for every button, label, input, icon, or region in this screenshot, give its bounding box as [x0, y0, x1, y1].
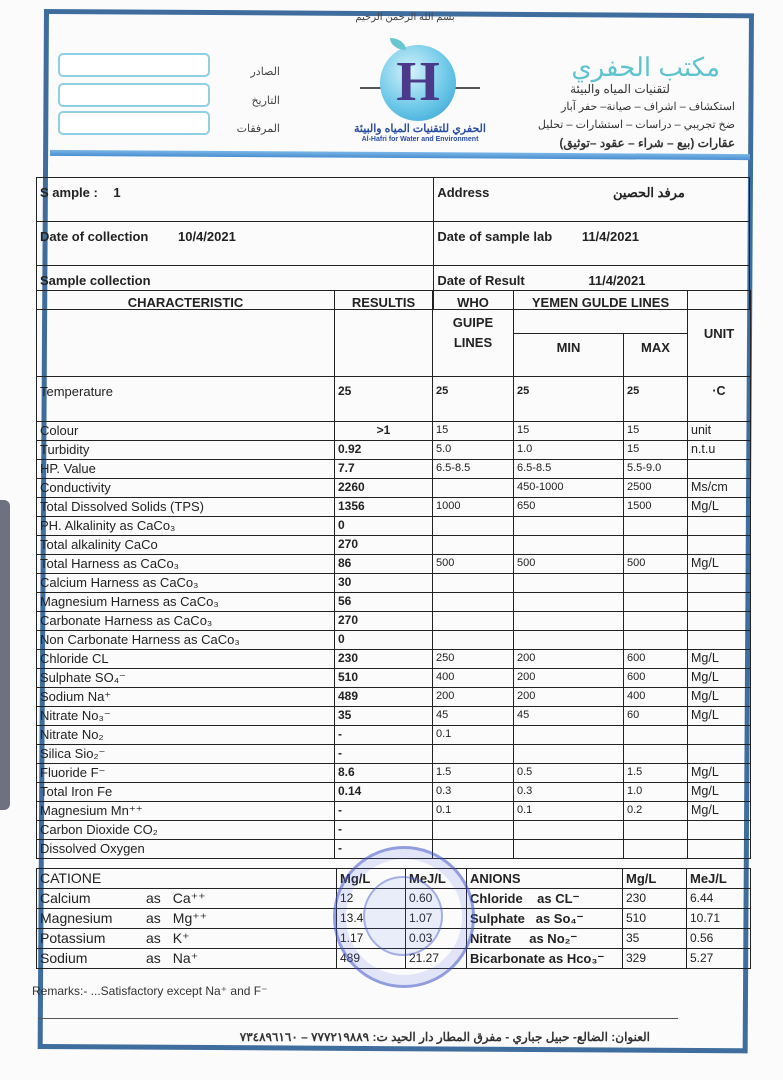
result-cell: 8.6	[335, 764, 433, 783]
yemen-max-cell: 1.0	[624, 783, 688, 802]
anion-mgl-header: Mg/L	[623, 869, 687, 889]
unit-cell	[688, 821, 751, 840]
result-cell: -	[335, 840, 433, 859]
unit-cell: Mg/L	[688, 783, 751, 802]
yemen-min-cell	[514, 745, 624, 764]
collection-date-cell: Date of collection 10/4/2021	[37, 222, 434, 266]
result-cell: 30	[335, 574, 433, 593]
cation-mejl-cell: 21.27	[406, 949, 467, 969]
yemen-min-cell	[514, 840, 624, 859]
characteristic-cell: HP. Value	[37, 460, 335, 479]
who-limit-cell: 6.5-8.5	[433, 460, 514, 479]
yemen-min-cell: 200	[514, 669, 624, 688]
result-cell: 56	[335, 593, 433, 612]
analysis-row: Non Carbonate Harness as CaCo₃0	[37, 631, 751, 650]
characteristic-cell: Sulphate SO₄⁻	[37, 669, 335, 688]
characteristic-cell: Carbon Dioxide CO₂	[37, 821, 335, 840]
cation-ion: Ca⁺⁺	[173, 889, 206, 908]
cation-ion: Mg⁺⁺	[173, 909, 207, 928]
outgoing-field[interactable]	[58, 53, 210, 77]
who-limit-cell: 0.3	[433, 783, 514, 802]
yemen-min-cell: 6.5-8.5	[514, 460, 624, 479]
characteristic-cell: Non Carbonate Harness as CaCo₃	[37, 631, 335, 650]
cation-header: CATIONE	[37, 869, 337, 889]
unit-cell	[688, 517, 751, 536]
yemen-min-cell: 0.5	[514, 764, 624, 783]
result-cell: -	[335, 821, 433, 840]
analysis-row: Calcium Harness as CaCo₃30	[37, 574, 751, 593]
anion-mejl-cell: 5.27	[687, 949, 751, 969]
analysis-row: Temperature25252525·C	[37, 377, 751, 422]
result-cell: 230	[335, 650, 433, 669]
unit-cell	[688, 574, 751, 593]
yemen-max-cell: 1.5	[624, 764, 688, 783]
anion-mgl-cell: 230	[623, 889, 687, 909]
sample-collection-label: Sample collection	[40, 273, 151, 288]
brand-subtitle: لتقنيات المياه والبيئة	[540, 82, 700, 96]
header-min: MIN	[514, 334, 624, 377]
result-cell: 35	[335, 707, 433, 726]
lab-date-label: Date of sample lab	[437, 229, 552, 244]
characteristic-cell: Magnesium Harness as CaCo₃	[37, 593, 335, 612]
ion-header-row: CATIONE Mg/L MeJ/L ANIONS Mg/L MeJ/L	[37, 869, 751, 889]
analysis-row: Magnesium Mn⁺⁺-0.10.10.2Mg/L	[37, 802, 751, 821]
result-cell: 489	[335, 688, 433, 707]
analysis-row: HP. Value7.76.5-8.56.5-8.55.5-9.0	[37, 460, 751, 479]
unit-cell	[688, 726, 751, 745]
services-line-3: عقارات (بيع – شراء – عقود –توثيق)	[530, 136, 735, 150]
header-who: WHO GUIPE LINES	[433, 291, 514, 377]
yemen-min-cell: 45	[514, 707, 624, 726]
analysis-row: PH. Alkalinity as CaCo₃0	[37, 517, 751, 536]
yemen-min-cell	[514, 631, 624, 650]
header-unit: UNIT	[688, 291, 751, 377]
characteristic-cell: Total alkalinity CaCo	[37, 536, 335, 555]
sample-cell: S ample : 1	[37, 178, 434, 222]
basmala: بسم الله الرحمن الرحيم	[355, 12, 455, 23]
who-limit-cell	[433, 479, 514, 498]
attachments-label: المرفقات	[220, 122, 280, 135]
unit-cell: Mg/L	[688, 498, 751, 517]
anion-mejl-header: MeJ/L	[687, 869, 751, 889]
analysis-row: Chloride CL230250200600Mg/L	[37, 650, 751, 669]
yemen-max-cell: 400	[624, 688, 688, 707]
who-limit-cell	[433, 840, 514, 859]
cation-mgl-header: Mg/L	[337, 869, 406, 889]
who-limit-cell	[433, 745, 514, 764]
cation-name: Sodium	[40, 949, 132, 968]
result-cell: 270	[335, 612, 433, 631]
address-cell: Address مرفد الحصين	[434, 178, 750, 222]
result-cell: 86	[335, 555, 433, 574]
cation-mejl-cell: 0.03	[406, 929, 467, 949]
result-cell: -	[335, 745, 433, 764]
yemen-min-cell: 500	[514, 555, 624, 574]
unit-cell	[688, 593, 751, 612]
unit-cell: Mg/L	[688, 707, 751, 726]
unit-cell: Mg/L	[688, 669, 751, 688]
analysis-row: Carbonate Harness as CaCo₃270	[37, 612, 751, 631]
yemen-min-cell: 25	[514, 377, 624, 422]
address-label: Address	[437, 185, 489, 200]
result-cell: 25	[335, 377, 433, 422]
anion-cell: Chloride as CL⁻	[467, 889, 623, 909]
yemen-min-cell	[514, 593, 624, 612]
yemen-min-cell: 450-1000	[514, 479, 624, 498]
lab-date-value: 11/4/2021	[582, 229, 639, 244]
yemen-max-cell	[624, 745, 688, 764]
attachments-field[interactable]	[58, 111, 210, 135]
who-limit-cell	[433, 574, 514, 593]
cation-name: Magnesium	[40, 909, 132, 928]
analysis-row: Magnesium Harness as CaCo₃56	[37, 593, 751, 612]
yemen-min-cell: 0.1	[514, 802, 624, 821]
who-limit-cell: 200	[433, 688, 514, 707]
outgoing-label: الصادر	[220, 65, 280, 78]
header-characteristic: CHARACTERISTIC	[37, 291, 335, 377]
result-cell: 0	[335, 517, 433, 536]
ion-balance-table: CATIONE Mg/L MeJ/L ANIONS Mg/L MeJ/L Cal…	[36, 868, 751, 969]
analysis-row: Dissolved Oxygen-	[37, 840, 751, 859]
characteristic-cell: Temperature	[37, 377, 335, 422]
unit-cell: n.t.u	[688, 441, 751, 460]
characteristic-cell: Nitrate No₂	[37, 726, 335, 745]
cation-as: as	[146, 949, 161, 968]
yemen-min-cell	[514, 574, 624, 593]
result-cell: 0.14	[335, 783, 433, 802]
cation-mgl-cell: 489	[337, 949, 406, 969]
yemen-min-cell: 650	[514, 498, 624, 517]
services-line-2: ضخ تجريبي – دراسات – استشارات – تحليل	[530, 118, 735, 131]
header-yemen: YEMEN GULDE LINES	[514, 291, 688, 334]
result-cell: 510	[335, 669, 433, 688]
characteristic-cell: Fluoride F⁻	[37, 764, 335, 783]
cation-as: as	[146, 929, 161, 948]
yemen-max-cell: 600	[624, 669, 688, 688]
characteristic-cell: Conductivity	[37, 479, 335, 498]
characteristic-cell: Silica Sio₂⁻	[37, 745, 335, 764]
collection-date-label: Date of collection	[40, 229, 148, 244]
anion-mejl-cell: 10.71	[687, 909, 751, 929]
who-limit-cell: 0.1	[433, 726, 514, 745]
yemen-max-cell: 500	[624, 555, 688, 574]
who-limit-cell	[433, 631, 514, 650]
cation-mejl-cell: 0.60	[406, 889, 467, 909]
unit-cell: Ms/cm	[688, 479, 751, 498]
who-limit-cell	[433, 612, 514, 631]
characteristic-cell: PH. Alkalinity as CaCo₃	[37, 517, 335, 536]
yemen-max-cell	[624, 631, 688, 650]
result-date-value: 11/4/2021	[588, 273, 645, 288]
who-limit-cell: 250	[433, 650, 514, 669]
who-limit-cell	[433, 821, 514, 840]
yemen-min-cell	[514, 517, 624, 536]
characteristic-cell: Turbidity	[37, 441, 335, 460]
analysis-row: Total Iron Fe0.140.30.31.0Mg/L	[37, 783, 751, 802]
result-cell: 0.92	[335, 441, 433, 460]
yemen-max-cell: 600	[624, 650, 688, 669]
footer-address: العنوان: الضالع- حبيل جباري - مفرق المطا…	[70, 1030, 650, 1044]
ion-row: PotassiumasK⁺1.170.03Nitrate as No₂⁻350.…	[37, 929, 751, 949]
cation-mgl-cell: 12	[337, 889, 406, 909]
who-limit-cell: 1.5	[433, 764, 514, 783]
result-cell: 0	[335, 631, 433, 650]
lab-date-cell: Date of sample lab 11/4/2021	[434, 222, 750, 266]
analysis-row: Turbidity0.925.01.015n.t.u	[37, 441, 751, 460]
characteristic-cell: Nitrate No₃⁻	[37, 707, 335, 726]
unit-cell	[688, 536, 751, 555]
yemen-min-cell: 15	[514, 422, 624, 441]
result-cell: -	[335, 802, 433, 821]
date-field[interactable]	[58, 83, 210, 107]
anion-cell: Sulphate as So₄⁻	[467, 909, 623, 929]
result-cell: -	[335, 726, 433, 745]
cation-cell: MagnesiumasMg⁺⁺	[37, 909, 337, 929]
analysis-row: Total alkalinity CaCo270	[37, 536, 751, 555]
yemen-max-cell: 2500	[624, 479, 688, 498]
yemen-min-cell	[514, 821, 624, 840]
yemen-max-cell	[624, 821, 688, 840]
anion-mgl-cell: 510	[623, 909, 687, 929]
characteristic-cell: Carbonate Harness as CaCo₃	[37, 612, 335, 631]
cation-ion: Na⁺	[173, 949, 198, 968]
cation-mejl-header: MeJ/L	[406, 869, 467, 889]
anion-mgl-cell: 329	[623, 949, 687, 969]
result-cell: >1	[335, 422, 433, 441]
characteristic-cell: Total Iron Fe	[37, 783, 335, 802]
analysis-row: Carbon Dioxide CO₂-	[37, 821, 751, 840]
cation-cell: CalciumasCa⁺⁺	[37, 889, 337, 909]
who-limit-cell	[433, 536, 514, 555]
analysis-row: Fluoride F⁻8.61.50.51.5Mg/L	[37, 764, 751, 783]
cation-ion: K⁺	[173, 929, 190, 948]
anion-mejl-cell: 6.44	[687, 889, 751, 909]
yemen-max-cell: 15	[624, 422, 688, 441]
result-cell: 7.7	[335, 460, 433, 479]
unit-cell	[688, 460, 751, 479]
ion-row: SodiumasNa⁺48921.27Bicarbonate as Hco₃⁻3…	[37, 949, 751, 969]
yemen-max-cell	[624, 574, 688, 593]
yemen-min-cell: 1.0	[514, 441, 624, 460]
analysis-row: Silica Sio₂⁻-	[37, 745, 751, 764]
yemen-max-cell: 1500	[624, 498, 688, 517]
characteristic-cell: Calcium Harness as CaCo₃	[37, 574, 335, 593]
cation-name: Calcium	[40, 889, 132, 908]
sample-value: 1	[113, 185, 120, 200]
analysis-row: Total Dissolved Solids (TPS)135610006501…	[37, 498, 751, 517]
sample-label: S ample :	[40, 185, 98, 200]
who-limit-cell: 5.0	[433, 441, 514, 460]
scrollbar-tab[interactable]	[0, 500, 10, 810]
analysis-table: CHARACTERISTIC RESULTIS WHO GUIPE LINES …	[36, 290, 751, 859]
cation-mgl-cell: 1.17	[337, 929, 406, 949]
unit-cell: Mg/L	[688, 650, 751, 669]
result-date-label: Date of Result	[437, 273, 524, 288]
date-label: التاريخ	[220, 94, 280, 107]
logo-text-arabic: الحفري للتقنيات المياه والبيئة	[345, 122, 495, 135]
yemen-min-cell	[514, 612, 624, 631]
result-cell: 2260	[335, 479, 433, 498]
yemen-max-cell: 15	[624, 441, 688, 460]
analysis-row: Sulphate SO₄⁻510400200600Mg/L	[37, 669, 751, 688]
yemen-min-cell: 200	[514, 650, 624, 669]
yemen-min-cell: 200	[514, 688, 624, 707]
logo-h-icon: H	[395, 52, 441, 112]
yemen-max-cell: 0.2	[624, 802, 688, 821]
characteristic-cell: Chloride CL	[37, 650, 335, 669]
collection-date-value: 10/4/2021	[178, 229, 236, 244]
characteristic-cell: Dissolved Oxygen	[37, 840, 335, 859]
analysis-row: Conductivity2260450-10002500Ms/cm	[37, 479, 751, 498]
cation-mejl-cell: 1.07	[406, 909, 467, 929]
ion-row: MagnesiumasMg⁺⁺13.41.07Sulphate as So₄⁻5…	[37, 909, 751, 929]
unit-cell: ·C	[688, 377, 751, 422]
characteristic-cell: Magnesium Mn⁺⁺	[37, 802, 335, 821]
who-limit-cell: 45	[433, 707, 514, 726]
who-limit-cell: 1000	[433, 498, 514, 517]
yemen-max-cell	[624, 840, 688, 859]
cation-mgl-cell: 13.4	[337, 909, 406, 929]
who-limit-cell	[433, 517, 514, 536]
characteristic-cell: Colour	[37, 422, 335, 441]
unit-cell: unit	[688, 422, 751, 441]
logo-text-english: Al-Hafri for Water and Environment	[345, 136, 495, 143]
yemen-max-cell: 25	[624, 377, 688, 422]
unit-cell: Mg/L	[688, 764, 751, 783]
anion-mejl-cell: 0.56	[687, 929, 751, 949]
unit-cell	[688, 612, 751, 631]
unit-cell: Mg/L	[688, 555, 751, 574]
analysis-row: Nitrate No₃⁻35454560Mg/L	[37, 707, 751, 726]
services-line-1: استكشاف – اشراف – صيانة– حفر آبار	[530, 100, 735, 113]
yemen-max-cell	[624, 593, 688, 612]
remarks: Remarks:- ...Satisfactory except Na⁺ and…	[32, 984, 267, 998]
cation-as: as	[146, 889, 161, 908]
yemen-max-cell	[624, 726, 688, 745]
who-limit-cell: 400	[433, 669, 514, 688]
anion-cell: Bicarbonate as Hco₃⁻	[467, 949, 623, 969]
footer-divider	[38, 1018, 678, 1019]
yemen-max-cell: 60	[624, 707, 688, 726]
result-cell: 1356	[335, 498, 433, 517]
characteristic-cell: Total Harness as CaCo₃	[37, 555, 335, 574]
who-limit-cell: 15	[433, 422, 514, 441]
yemen-max-cell	[624, 517, 688, 536]
brand-title: مكتب الحفري	[560, 52, 720, 83]
address-value: مرفد الحصين	[613, 185, 685, 201]
analysis-row: Nitrate No₂-0.1	[37, 726, 751, 745]
yemen-max-cell	[624, 536, 688, 555]
yemen-max-cell: 5.5-9.0	[624, 460, 688, 479]
analysis-row: Colour>1151515unit	[37, 422, 751, 441]
header-results: RESULTIS	[335, 291, 433, 377]
anion-header: ANIONS	[467, 869, 623, 889]
yemen-min-cell	[514, 536, 624, 555]
ion-row: CalciumasCa⁺⁺120.60Chloride as CL⁻2306.4…	[37, 889, 751, 909]
yemen-max-cell	[624, 612, 688, 631]
yemen-min-cell	[514, 726, 624, 745]
unit-cell: Mg/L	[688, 802, 751, 821]
cation-cell: PotassiumasK⁺	[37, 929, 337, 949]
anion-cell: Nitrate as No₂⁻	[467, 929, 623, 949]
who-limit-cell: 0.1	[433, 802, 514, 821]
analysis-header-row: CHARACTERISTIC RESULTIS WHO GUIPE LINES …	[37, 291, 751, 334]
anion-mgl-cell: 35	[623, 929, 687, 949]
characteristic-cell: Total Dissolved Solids (TPS)	[37, 498, 335, 517]
unit-cell	[688, 631, 751, 650]
analysis-row: Sodium Na⁺489200200400Mg/L	[37, 688, 751, 707]
yemen-min-cell: 0.3	[514, 783, 624, 802]
cation-as: as	[146, 909, 161, 928]
characteristic-cell: Sodium Na⁺	[37, 688, 335, 707]
who-limit-cell: 25	[433, 377, 514, 422]
unit-cell: Mg/L	[688, 688, 751, 707]
cation-name: Potassium	[40, 929, 132, 948]
result-cell: 270	[335, 536, 433, 555]
who-limit-cell: 500	[433, 555, 514, 574]
header-max: MAX	[624, 334, 688, 377]
who-limit-cell	[433, 593, 514, 612]
unit-cell	[688, 745, 751, 764]
cation-cell: SodiumasNa⁺	[37, 949, 337, 969]
analysis-row: Total Harness as CaCo₃86500500500Mg/L	[37, 555, 751, 574]
unit-cell	[688, 840, 751, 859]
